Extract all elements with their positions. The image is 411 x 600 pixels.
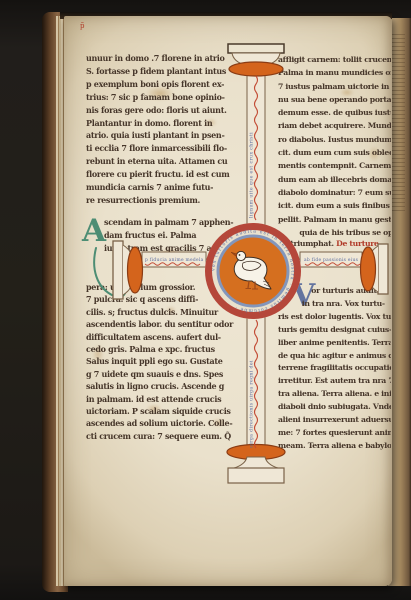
left-endcap-torus (128, 247, 143, 293)
left-endcap-plate (113, 241, 123, 299)
base-plinth (228, 468, 284, 483)
capital-abacus (228, 44, 284, 53)
right-endcap-plate (378, 244, 388, 294)
left-band-inscription: p fiducia anime medela (145, 258, 204, 263)
lower-shaft-inscription: uirga directionis uirga regni dei (249, 360, 255, 448)
photo-background: p̃ unuur in domo .7 florene in atrioS. f… (0, 0, 411, 600)
upper-shaft-inscription: lignum uite que est crux christi (249, 132, 255, 218)
right-endcap-torus (361, 247, 376, 291)
dove-eye (239, 254, 241, 256)
right-band-inscription: ab fide passionis eius (304, 258, 359, 263)
dove-head (236, 251, 245, 260)
capital-torus (229, 62, 283, 76)
cross-ornament: lignum uite que est crux christi uirga d… (0, 0, 411, 600)
